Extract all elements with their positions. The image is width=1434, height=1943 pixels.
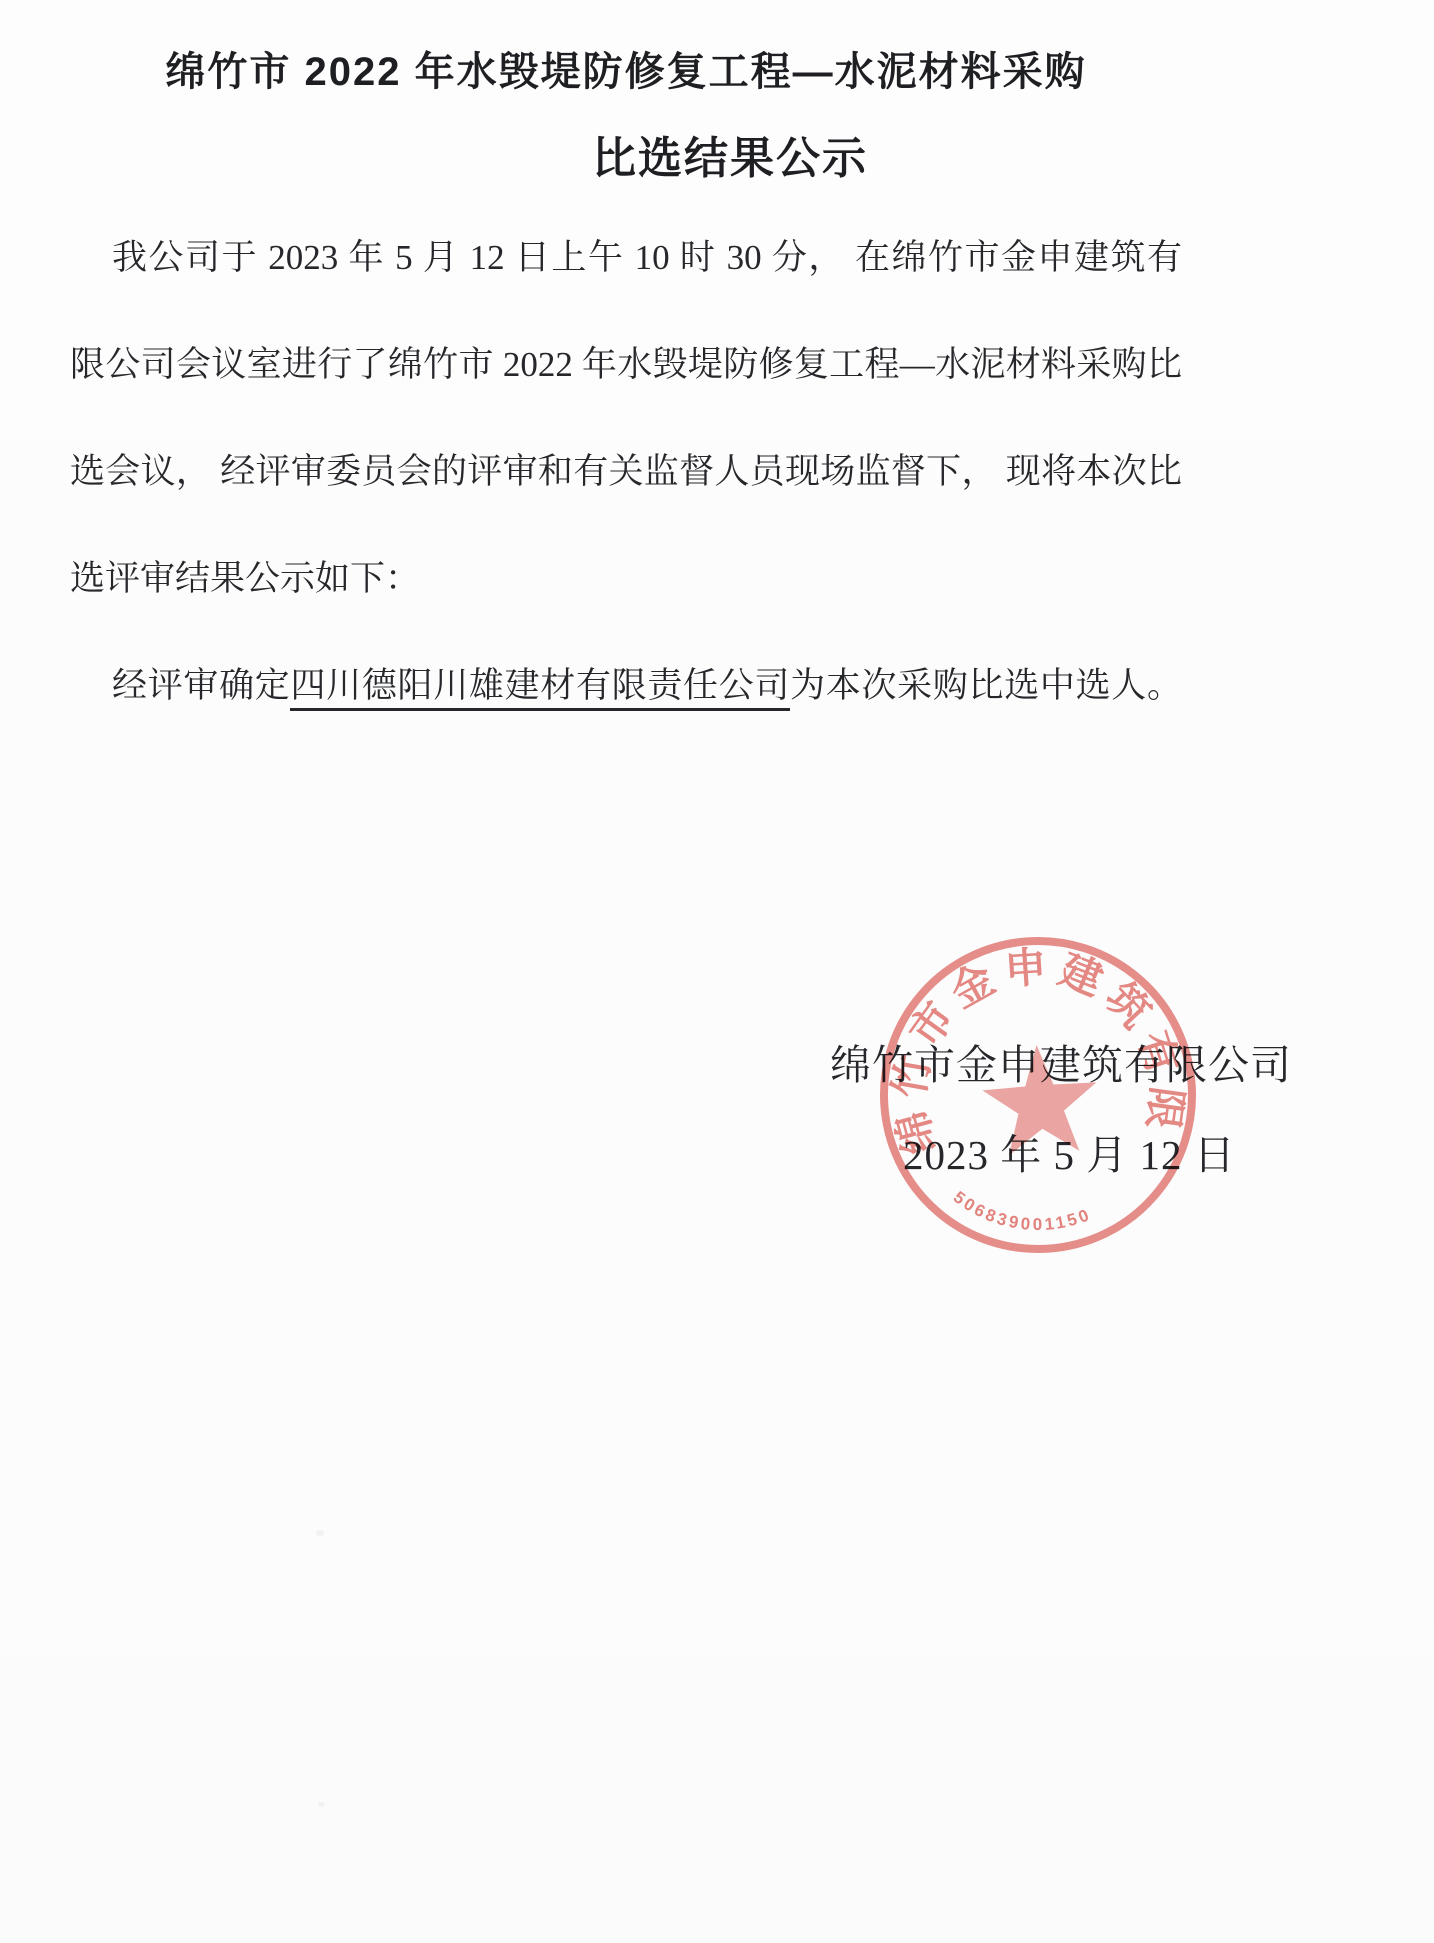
result-sentence-prefix: 经评审确定	[112, 666, 290, 705]
document-subtitle: 比选结果公示	[592, 122, 868, 186]
document-body: 我公司于 2023 年 5 月 12 日上午 10 时 30 分， 在绵竹市金申…	[70, 204, 1182, 739]
body-line-2: 限公司会议室进行了绵竹市 2022 年水毁堤防修复工程—水泥材料采购比	[70, 311, 1182, 418]
body-line-1: 我公司于 2023 年 5 月 12 日上午 10 时 30 分， 在绵竹市金申…	[70, 204, 1182, 311]
body-line-5: 经评审确定四川德阳川雄建材有限责任公司为本次采购比选中选人。	[70, 632, 1182, 739]
body-line-3: 选会议， 经评审委员会的评审和有关监督人员现场监督下， 现将本次比	[70, 418, 1182, 525]
document-title: 绵竹市 2022 年水毁堤防修复工程—水泥材料采购	[70, 40, 1182, 97]
scan-speck	[318, 1802, 325, 1807]
winner-company-name: 四川德阳川雄建材有限责任公司	[290, 666, 790, 711]
body-line-4: 选评审结果公示如下：	[70, 525, 1182, 632]
document-page: 绵竹市 2022 年水毁堤防修复工程—水泥材料采购 比选结果公示 我公司于 20…	[0, 0, 1434, 1943]
result-sentence-suffix: 为本次采购比选中选人。	[790, 666, 1182, 705]
seal-star-icon	[980, 1041, 1101, 1157]
company-seal: 绵竹市金申建筑有限公司 506839001150	[862, 919, 1214, 1271]
scan-speck	[316, 1530, 324, 1536]
